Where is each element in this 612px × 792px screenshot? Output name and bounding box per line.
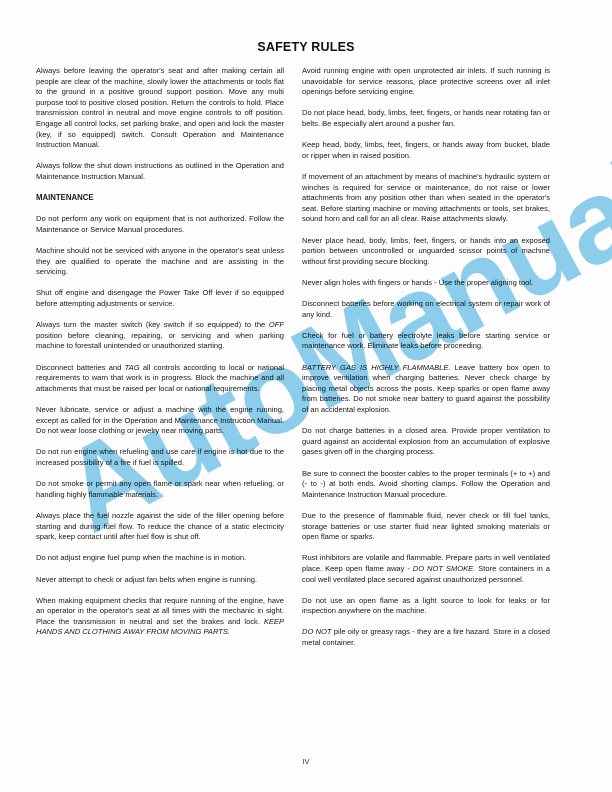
paragraph: Do not smoke or permit any open flame or… xyxy=(36,479,284,500)
text: Always turn the master switch (key switc… xyxy=(36,320,269,329)
paragraph: Shut off engine and disengage the Power … xyxy=(36,288,284,309)
paragraph: Do not perform any work on equipment tha… xyxy=(36,214,284,235)
paragraph: Never place head, body, limbs, feet, fin… xyxy=(302,236,550,268)
page-title: SAFETY RULES xyxy=(0,40,612,54)
paragraph: Always place the fuel nozzle against the… xyxy=(36,511,284,543)
paragraph: Be sure to connect the booster cables to… xyxy=(302,469,550,501)
emphasis: OFF xyxy=(269,320,284,329)
paragraph: If movement of an attachment by means of… xyxy=(302,172,550,225)
paragraph: Check for fuel or battery electrolyte le… xyxy=(302,331,550,352)
emphasis: DO NOT SMOKE. xyxy=(413,564,476,573)
text: position before cleaning, repairing, or … xyxy=(36,331,284,351)
emphasis: DO NOT xyxy=(302,627,332,636)
paragraph: Always turn the master switch (key switc… xyxy=(36,320,284,352)
page-number: IV xyxy=(0,757,612,766)
paragraph: Do not adjust engine fuel pump when the … xyxy=(36,553,284,564)
text: pile oily or greasy rags - they are a fi… xyxy=(302,627,550,647)
emphasis: TAG xyxy=(125,363,140,372)
paragraph: DO NOT pile oily or greasy rags - they a… xyxy=(302,627,550,648)
paragraph: Never align holes with fingers or hands … xyxy=(302,278,550,289)
paragraph: BATTERY GAS IS HIGHLY FLAMMABLE. Leave b… xyxy=(302,363,550,416)
paragraph: When making equipment checks that requir… xyxy=(36,596,284,638)
paragraph: Never attempt to check or adjust fan bel… xyxy=(36,575,284,586)
paragraph: Do not charge batteries in a closed area… xyxy=(302,426,550,458)
paragraph: Always follow the shut down instructions… xyxy=(36,161,284,182)
paragraph: Do not place head, body, limbs, feet, fi… xyxy=(302,108,550,129)
section-heading-maintenance: MAINTENANCE xyxy=(36,193,284,204)
paragraph: Disconnect batteries and TAG all control… xyxy=(36,363,284,395)
text: When making equipment checks that requir… xyxy=(36,596,284,626)
text: Disconnect batteries and xyxy=(36,363,125,372)
right-column: Avoid running engine with open unprotect… xyxy=(302,66,550,659)
paragraph: Do not run engine when refueling and use… xyxy=(36,447,284,468)
paragraph: Machine should not be serviced with anyo… xyxy=(36,246,284,278)
paragraph: Keep head, body, limbs, feet, fingers, o… xyxy=(302,140,550,161)
paragraph: Always before leaving the operator's sea… xyxy=(36,66,284,151)
left-column: Always before leaving the operator's sea… xyxy=(36,66,284,649)
paragraph: Do not use an open flame as a light sour… xyxy=(302,596,550,617)
paragraph: Avoid running engine with open unprotect… xyxy=(302,66,550,98)
document-page: SAFETY RULES Always before leaving the o… xyxy=(0,0,612,792)
paragraph: Rust inhibitors are volatile and flammab… xyxy=(302,553,550,585)
paragraph: Disconnect batteries before working on e… xyxy=(302,299,550,320)
paragraph: Due to the presence of flammable fluid, … xyxy=(302,511,550,543)
paragraph: Never lubricate, service or adjust a mac… xyxy=(36,405,284,437)
emphasis: BATTERY GAS IS HIGHLY FLAMMABLE. xyxy=(302,363,450,372)
